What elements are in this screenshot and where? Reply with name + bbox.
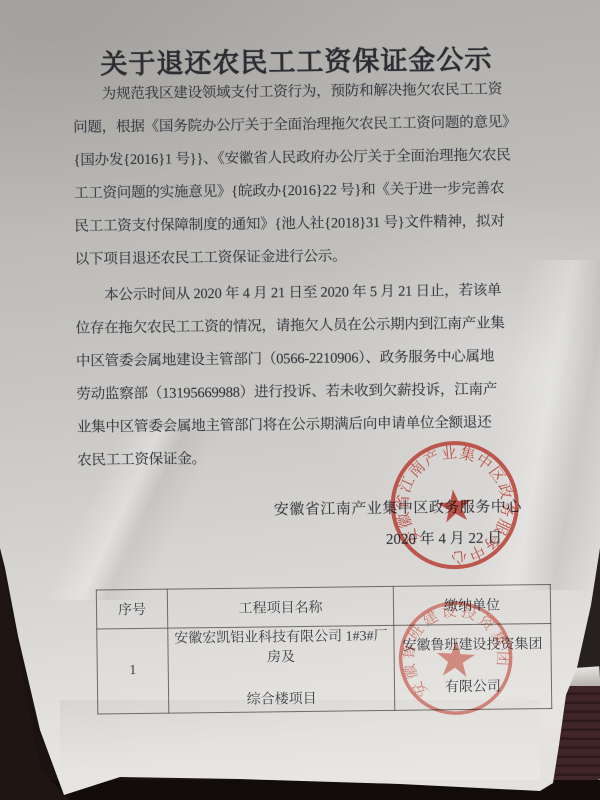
seal-star-icon: ★ — [433, 480, 478, 533]
paragraph-line: 本公示时间从 2020 年 4 月 21 日至 2020 年 5 月 21 日止… — [75, 274, 511, 312]
header-index: 序号 — [96, 589, 167, 629]
paragraph-line: 民工工资支付保障制度的通知》{池人社{2018}31 号}文件精神，拟对 — [74, 205, 510, 243]
project-name-line1: 安徽宏凯铝业科技有限公司 1#3#厂房及 — [172, 627, 389, 670]
header-project-name: 工程项目名称 — [167, 586, 393, 628]
company-seal-icon: 安徽鲁班建设投资集团 ★ — [390, 593, 521, 724]
paragraph-line: 中区管委会属地建设主管部门（0566-2210906）、政务服务中心属地 — [76, 340, 512, 378]
project-name-line2: 综合楼项目 — [173, 689, 390, 712]
paragraph-line: 劳动监察部（13195669988）进行投诉、若未收到欠薪投诉，江南产 — [76, 373, 512, 411]
paragraph-line: 以下项目退还农民工工资保证金进行公示。 — [75, 238, 511, 276]
paragraph-line: {国办发{2016}1 号}}、《安徽省人民政府办公厅关于全面治理拖欠农民 — [73, 139, 509, 177]
government-seal-icon: 安徽省江南产业集中区政务服务中心 ★ — [377, 427, 532, 582]
cell-project-name: 安徽宏凯铝业科技有限公司 1#3#厂房及 综合楼项目 — [168, 625, 395, 713]
paper-sheet: 关于退还农民工工资保证金公示 为规范我区建设领域支付工资行为，预防和解决拖欠农民… — [0, 0, 600, 800]
document-content: 关于退还农民工工资保证金公示 为规范我区建设领域支付工资行为，预防和解决拖欠农民… — [0, 0, 600, 800]
seal-star-icon: ★ — [432, 630, 480, 688]
cell-index: 1 — [97, 628, 169, 714]
paragraph-1: 为规范我区建设领域支付工资行为，预防和解决拖欠农民工工资 问题，根据《国务院办公… — [73, 73, 511, 276]
spacer — [173, 667, 390, 692]
paragraph-line: 工工资问题的实施意见》{皖政办{2016}22 号}和《关于进一步完善农 — [74, 172, 510, 210]
paragraph-line: 位存在拖欠农民工工资的情况，请拖欠人员在公示期内到江南产业集 — [75, 307, 511, 345]
paragraph-line: 为规范我区建设领域支付工资行为，预防和解决拖欠农民工工资 — [73, 73, 509, 111]
paragraph-line: 问题，根据《国务院办公厅关于全面治理拖欠农民工工资问题的意见》 — [73, 106, 509, 144]
